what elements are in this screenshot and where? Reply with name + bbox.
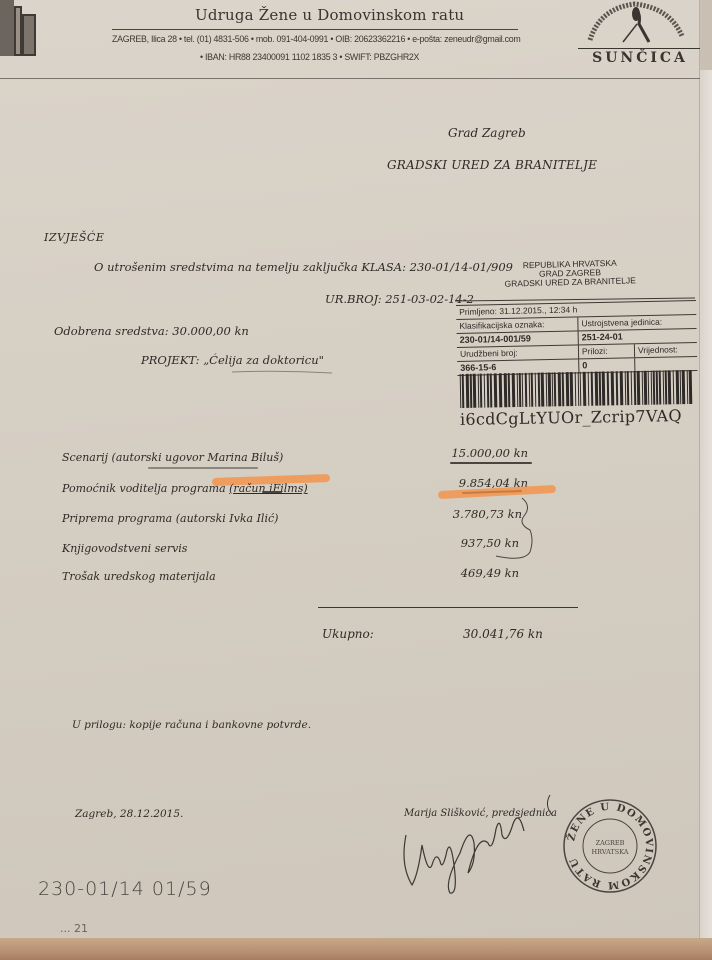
svg-text:ZAGREB: ZAGREB <box>596 839 625 847</box>
org-unit-label: Ustrojstvena jedinica: <box>578 315 696 330</box>
handwritten-small-note: ... 21 <box>60 922 88 935</box>
pen-underline <box>450 462 532 464</box>
barcode-text: i6cdCgLtYUOr_Zcrip7VAQ <box>460 406 682 429</box>
left-logo-icon <box>0 0 38 58</box>
page-edge <box>700 70 712 940</box>
total-rule <box>318 607 578 608</box>
item-amount: 469,49 kn <box>399 566 519 580</box>
organization-seal: ŽENE U DOMOVINSKOM RATU ZAGREB HRVATSKA <box>562 798 658 894</box>
total-label: Ukupno: <box>322 627 374 641</box>
item-label: Knjigovodstveni servis <box>62 542 187 555</box>
background-surface <box>0 938 712 960</box>
approved-funds: Odobrena sredstva: 30.000,00 kn <box>54 324 249 338</box>
report-urbroj: UR.BROJ: 251-03-02-14-2 <box>325 292 474 306</box>
item-label: Trošak uredskog materijala <box>62 570 216 583</box>
item-label: Priprema programa (autorski Ivka Ilić) <box>62 512 278 525</box>
suncica-logo: SUNČICA <box>570 0 700 72</box>
pen-underline <box>148 467 258 469</box>
item-amount: 15.000,00 kn <box>408 446 528 460</box>
skier-logo-icon <box>580 0 690 45</box>
barcode-icon <box>460 370 693 410</box>
header-rule <box>112 29 518 30</box>
bank-line: • IBAN: HR88 23400091 1102 1835 3 • SWIF… <box>200 52 419 63</box>
handwritten-reference: 230-01/14 01/59 <box>38 878 212 900</box>
signature-icon <box>400 790 570 900</box>
attachments-label: Prilozi: <box>579 344 635 358</box>
org-name: Udruga Žene u Domovinskom ratu <box>195 6 525 24</box>
reg-number-label: Urudžbeni broj: <box>457 345 579 361</box>
receipt-stamp-header: REPUBLIKA HRVATSKA GRAD ZAGREB GRADSKI U… <box>470 257 671 289</box>
contact-line: ZAGREB, Ilica 28 • tel. (01) 4831-506 • … <box>112 34 503 45</box>
svg-text:HRVATSKA: HRVATSKA <box>592 848 629 856</box>
classification-value: 230-01/14-001/59 <box>457 331 579 347</box>
org-unit-value: 251-24-01 <box>579 329 697 344</box>
attachments-note: U prilogu: kopije računa i bankovne potv… <box>72 719 311 731</box>
pen-underline <box>262 491 282 493</box>
value-label: Vrijednost: <box>635 343 697 357</box>
place-date: Zagreb, 28.12.2015. <box>75 808 183 820</box>
receipt-stamp-table: Primljeno: 31.12.2015., 12:34 h Klasifik… <box>456 300 697 376</box>
total-amount: 30.041,76 kn <box>463 627 543 641</box>
project-name: PROJEKT: „Ćelija za doktoricu" <box>141 353 324 367</box>
item-label: Scenarij (autorski ugovor Marina Biluš) <box>62 451 283 464</box>
bracket-annotation <box>496 496 536 566</box>
recipient-office: GRADSKI URED ZA BRANITELJE <box>387 158 597 172</box>
header-separator <box>0 78 700 79</box>
recipient-city: Grad Zagreb <box>448 126 526 140</box>
project-underline <box>232 370 332 374</box>
report-intro: O utrošenim sredstvima na temelju zaklju… <box>94 260 513 274</box>
classification-label: Klasifikacijska oznaka: <box>456 317 578 333</box>
item-label: Pomoćnik voditelja programa (račun iFilm… <box>62 482 308 495</box>
report-title: IZVJEŠĆE <box>44 231 104 244</box>
